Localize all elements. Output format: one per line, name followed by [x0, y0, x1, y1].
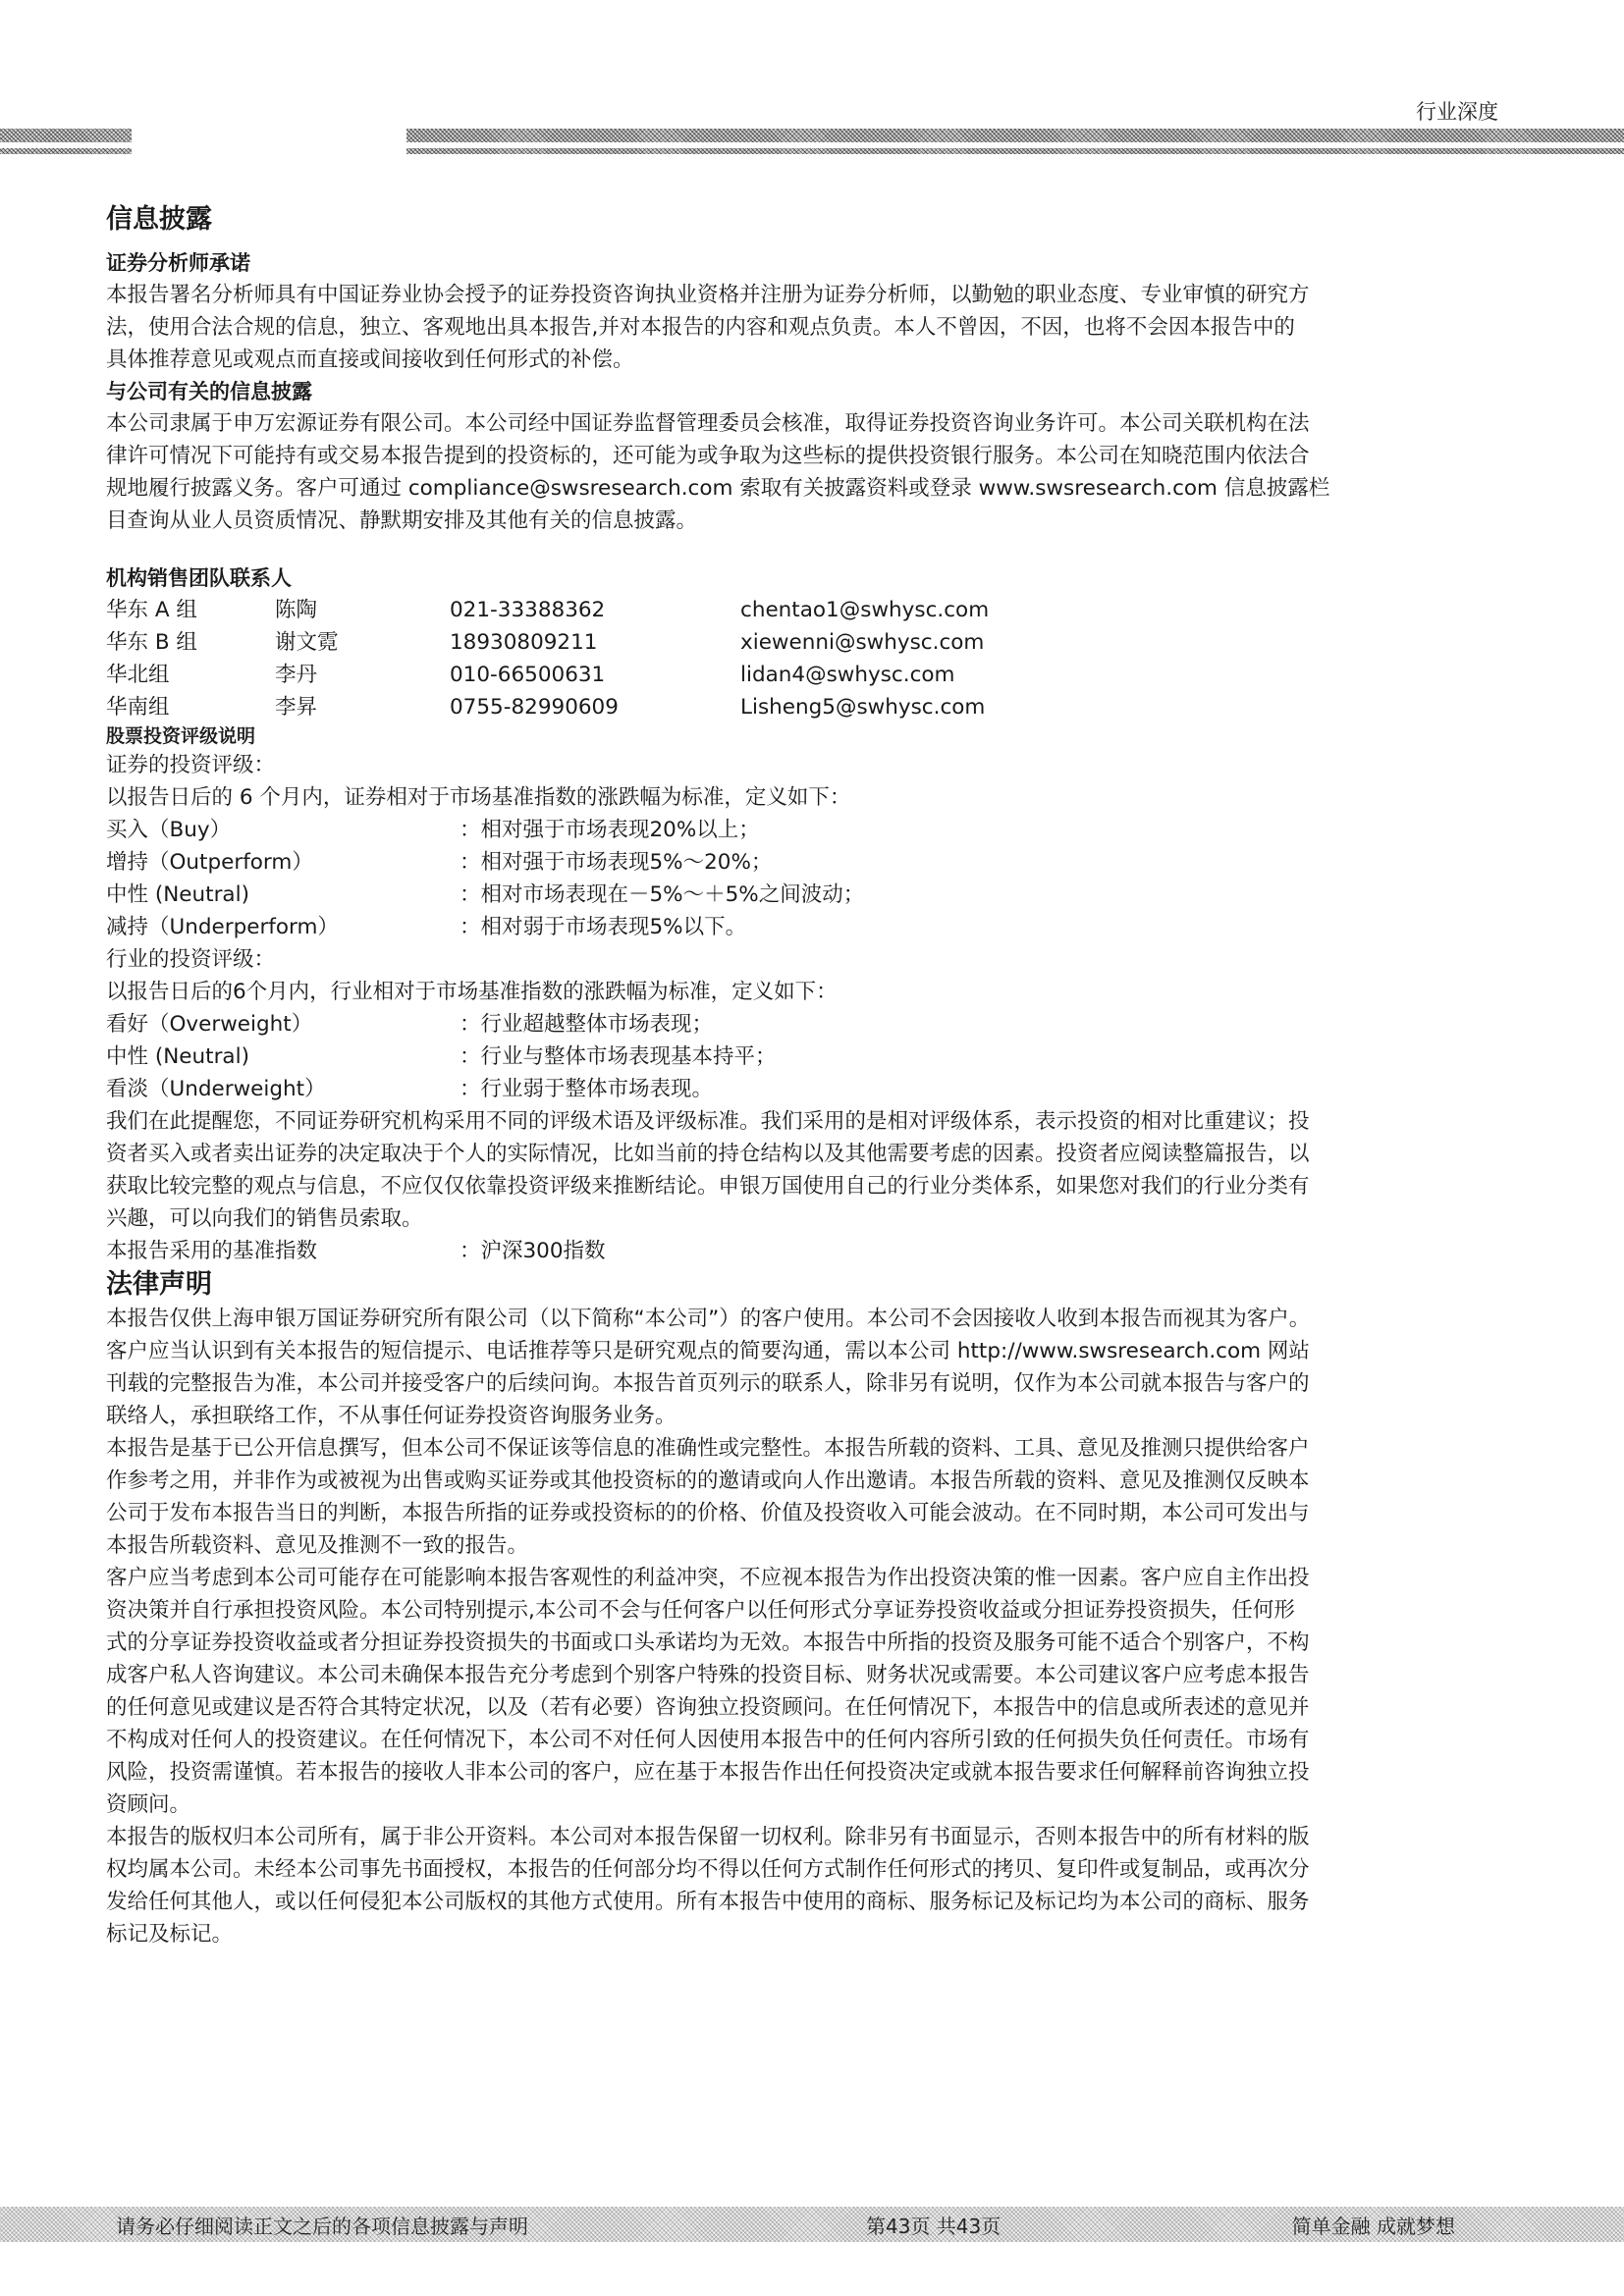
- disclosure-title: 信息披露: [106, 202, 1510, 238]
- stock-rating-intro: 以报告日后的 6 个月内，证券相对于市场基准指数的涨跌幅为标准，定义如下：: [106, 781, 1510, 814]
- rating-section: 股票投资评级说明 证券的投资评级： 以报告日后的 6 个月内，证券相对于市场基准…: [106, 723, 1510, 1267]
- analyst-commitment-section: 证券分析师承诺 本报告署名分析师具有中国证券业协会授予的证券投资咨询执业资格并注…: [106, 247, 1510, 376]
- rating-value: ：相对市场表现在－5%～＋5%之间波动；: [460, 879, 1510, 911]
- legal-line: 不构成对任何人的投资建议。在任何情况下，本公司不对任何人因使用本报告中的任何内容…: [106, 1724, 1510, 1756]
- legal-line: 的任何意见或建议是否符合其特定状况，以及（若有必要）咨询独立投资顾问。在任何情况…: [106, 1691, 1510, 1724]
- rating-reminder-line: 资者买入或者卖出证券的决定取决于个人的实际情况，比如当前的持仓结构以及其他需要考…: [106, 1138, 1510, 1170]
- legal-line: 联络人，承担联络工作，不从事任何证券投资咨询服务业务。: [106, 1400, 1510, 1432]
- industry-rating-intro: 以报告日后的6个月内，行业相对于市场基准指数的涨跌幅为标准，定义如下：: [106, 976, 1510, 1008]
- legal-line: 公司于发布本报告当日的判断，本报告所指的证券或投资标的的价格、价值及投资收入可能…: [106, 1497, 1510, 1529]
- legal-line: 本报告所载资料、意见及推测不一致的报告。: [106, 1529, 1510, 1562]
- contact-row: 华东 B 组 谢文霓 18930809211 xiewenni@swhysc.c…: [106, 626, 1510, 659]
- report-category-label: 行业深度: [1416, 96, 1498, 126]
- analyst-commitment-line: 法，使用合法合规的信息，独立、客观地出具本报告,并对本报告的内容和观点负责。本人…: [106, 311, 1510, 344]
- contact-email[interactable]: xiewenni@swhysc.com: [740, 626, 1510, 659]
- sales-team-heading: 机构销售团队联系人: [106, 562, 1510, 594]
- contact-email[interactable]: chentao1@swhysc.com: [740, 594, 1510, 626]
- rating-value: ：行业与整体市场表现基本持平；: [460, 1041, 1510, 1073]
- rating-key: 买入（Buy）: [106, 814, 460, 846]
- footer-slogan: 简单金融 成就梦想: [1292, 2211, 1455, 2239]
- header-rule-right-thick: [406, 129, 1624, 142]
- legal-line: 权均属本公司。未经本公司事先书面授权，本报告的任何部分均不得以任何方式制作任何形…: [106, 1853, 1510, 1886]
- header-rule-left-thin: [0, 148, 132, 154]
- rating-key: 减持（Underperform）: [106, 911, 460, 943]
- legal-line: 资决策并自行承担投资风险。本公司特别提示,本公司不会与任何客户以任何形式分享证券…: [106, 1594, 1510, 1627]
- legal-line: 风险，投资需谨慎。若本报告的接收人非本公司的客户，应在基于本报告作出任何投资决定…: [106, 1756, 1510, 1789]
- rating-key: 中性 (Neutral): [106, 879, 460, 911]
- analyst-commitment-line: 本报告署名分析师具有中国证券业协会授予的证券投资咨询执业资格并注册为证券分析师，…: [106, 279, 1510, 311]
- company-disclosure-line: 规地履行披露义务。客户可通过 compliance@swsresearch.co…: [106, 472, 1510, 505]
- contact-phone: 0755-82990609: [450, 691, 740, 723]
- rating-reminder-line: 获取比较完整的观点与信息，不应仅仅依靠投资评级来推断结论。申银万国使用自己的行业…: [106, 1170, 1510, 1202]
- contact-name: 谢文霓: [275, 626, 450, 659]
- rating-value: ：相对强于市场表现20%以上；: [460, 814, 1510, 846]
- header-rule-left-thick: [0, 129, 132, 142]
- stock-rating-row: 减持（Underperform） ：相对弱于市场表现5%以下。: [106, 911, 1510, 943]
- analyst-commitment-heading: 证券分析师承诺: [106, 247, 1510, 279]
- legal-line: 客户应当考虑到本公司可能存在可能影响本报告客观性的利益冲突，不应视本报告为作出投…: [106, 1562, 1510, 1594]
- contact-row: 华东 A 组 陈陶 021-33388362 chentao1@swhysc.c…: [106, 594, 1510, 626]
- rating-key: 中性 (Neutral): [106, 1041, 460, 1073]
- legal-line: 本报告仅供上海申银万国证券研究所有限公司（以下简称“本公司”）的客户使用。本公司…: [106, 1303, 1510, 1335]
- contact-group: 华东 A 组: [106, 594, 275, 626]
- industry-rating-row: 看淡（Underweight） ：行业弱于整体市场表现。: [106, 1073, 1510, 1105]
- page-content: 信息披露 证券分析师承诺 本报告署名分析师具有中国证券业协会授予的证券投资咨询执…: [106, 202, 1510, 1950]
- contact-name: 李丹: [275, 659, 450, 691]
- company-disclosure-heading: 与公司有关的信息披露: [106, 376, 1510, 407]
- rating-key: 看淡（Underweight）: [106, 1073, 460, 1105]
- contact-phone: 010-66500631: [450, 659, 740, 691]
- contact-name: 陈陶: [275, 594, 450, 626]
- rating-reminder-line: 兴趣，可以向我们的销售员索取。: [106, 1202, 1510, 1235]
- legal-line: 本报告是基于已公开信息撰写，但本公司不保证该等信息的准确性或完整性。本报告所载的…: [106, 1432, 1510, 1465]
- stock-rating-row: 买入（Buy） ：相对强于市场表现20%以上；: [106, 814, 1510, 846]
- contact-row: 华北组 李丹 010-66500631 lidan4@swhysc.com: [106, 659, 1510, 691]
- spacer: [106, 537, 1510, 562]
- legal-line: 刊载的完整报告为准，本公司并接受客户的后续问询。本报告首页列示的联系人，除非另有…: [106, 1367, 1510, 1400]
- legal-line: 资顾问。: [106, 1789, 1510, 1821]
- legal-line: 客户应当认识到有关本报告的短信提示、电话推荐等只是研究观点的简要沟通，需以本公司…: [106, 1335, 1510, 1367]
- stock-rating-row: 增持（Outperform） ：相对强于市场表现5%～20%；: [106, 846, 1510, 879]
- legal-line: 成客户私人咨询建议。本公司未确保本报告充分考虑到个别客户特殊的投资目标、财务状况…: [106, 1659, 1510, 1691]
- rating-value: ：相对弱于市场表现5%以下。: [460, 911, 1510, 943]
- contact-email[interactable]: lidan4@swhysc.com: [740, 659, 1510, 691]
- page-footer: 请务必仔细阅读正文之后的各项信息披露与声明 第43页 共43页 简单金融 成就梦…: [0, 2207, 1624, 2242]
- legal-line: 标记及标记。: [106, 1918, 1510, 1950]
- contact-group: 华东 B 组: [106, 626, 275, 659]
- contact-name: 李昇: [275, 691, 450, 723]
- sales-team-section: 机构销售团队联系人 华东 A 组 陈陶 021-33388362 chentao…: [106, 562, 1510, 723]
- industry-rating-label: 行业的投资评级：: [106, 943, 1510, 976]
- company-disclosure-line: 目查询从业人员资质情况、静默期安排及其他有关的信息披露。: [106, 505, 1510, 537]
- contact-group: 华南组: [106, 691, 275, 723]
- legal-section: 法律声明 本报告仅供上海申银万国证券研究所有限公司（以下简称“本公司”）的客户使…: [106, 1267, 1510, 1950]
- company-disclosure-line: 本公司隶属于申万宏源证券有限公司。本公司经中国证券监督管理委员会核准，取得证券投…: [106, 407, 1510, 440]
- contact-group: 华北组: [106, 659, 275, 691]
- legal-line: 式的分享证券投资收益或者分担证券投资损失的书面或口头承诺均为无效。本报告中所指的…: [106, 1627, 1510, 1659]
- contact-row: 华南组 李昇 0755-82990609 Lisheng5@swhysc.com: [106, 691, 1510, 723]
- rating-value: ：行业弱于整体市场表现。: [460, 1073, 1510, 1105]
- benchmark-value: ：沪深300指数: [460, 1235, 1510, 1267]
- contact-phone: 021-33388362: [450, 594, 740, 626]
- contact-phone: 18930809211: [450, 626, 740, 659]
- company-disclosure-section: 与公司有关的信息披露 本公司隶属于申万宏源证券有限公司。本公司经中国证券监督管理…: [106, 376, 1510, 537]
- legal-title: 法律声明: [106, 1267, 1510, 1303]
- rating-key: 增持（Outperform）: [106, 846, 460, 879]
- legal-line: 作参考之用，并非作为或被视为出售或购买证券或其他投资标的的邀请或向人作出邀请。本…: [106, 1465, 1510, 1497]
- footer-notice: 请务必仔细阅读正文之后的各项信息披露与声明: [116, 2211, 528, 2239]
- header-rule-right-thin: [406, 148, 1624, 154]
- company-disclosure-line: 律许可情况下可能持有或交易本报告提到的投资标的，还可能为或争取为这些标的提供投资…: [106, 440, 1510, 472]
- rating-value: ：行业超越整体市场表现；: [460, 1008, 1510, 1041]
- stock-rating-row: 中性 (Neutral) ：相对市场表现在－5%～＋5%之间波动；: [106, 879, 1510, 911]
- industry-rating-row: 看好（Overweight） ：行业超越整体市场表现；: [106, 1008, 1510, 1041]
- benchmark-key: 本报告采用的基准指数: [106, 1235, 460, 1267]
- stock-rating-label: 证券的投资评级：: [106, 749, 1510, 781]
- contact-email[interactable]: Lisheng5@swhysc.com: [740, 691, 1510, 723]
- rating-key: 看好（Overweight）: [106, 1008, 460, 1041]
- analyst-commitment-line: 具体推荐意见或观点而直接或间接收到任何形式的补偿。: [106, 344, 1510, 376]
- rating-reminder-line: 我们在此提醒您，不同证券研究机构采用不同的评级术语及评级标准。我们采用的是相对评…: [106, 1105, 1510, 1138]
- industry-rating-row: 中性 (Neutral) ：行业与整体市场表现基本持平；: [106, 1041, 1510, 1073]
- rating-heading: 股票投资评级说明: [106, 723, 1510, 749]
- legal-line: 发给任何其他人，或以任何侵犯本公司版权的其他方式使用。所有本报告中使用的商标、服…: [106, 1886, 1510, 1918]
- benchmark-row: 本报告采用的基准指数 ：沪深300指数: [106, 1235, 1510, 1267]
- rating-value: ：相对强于市场表现5%～20%；: [460, 846, 1510, 879]
- legal-line: 本报告的版权归本公司所有，属于非公开资料。本公司对本报告保留一切权利。除非另有书…: [106, 1821, 1510, 1853]
- footer-page-number: 第43页 共43页: [866, 2211, 1001, 2239]
